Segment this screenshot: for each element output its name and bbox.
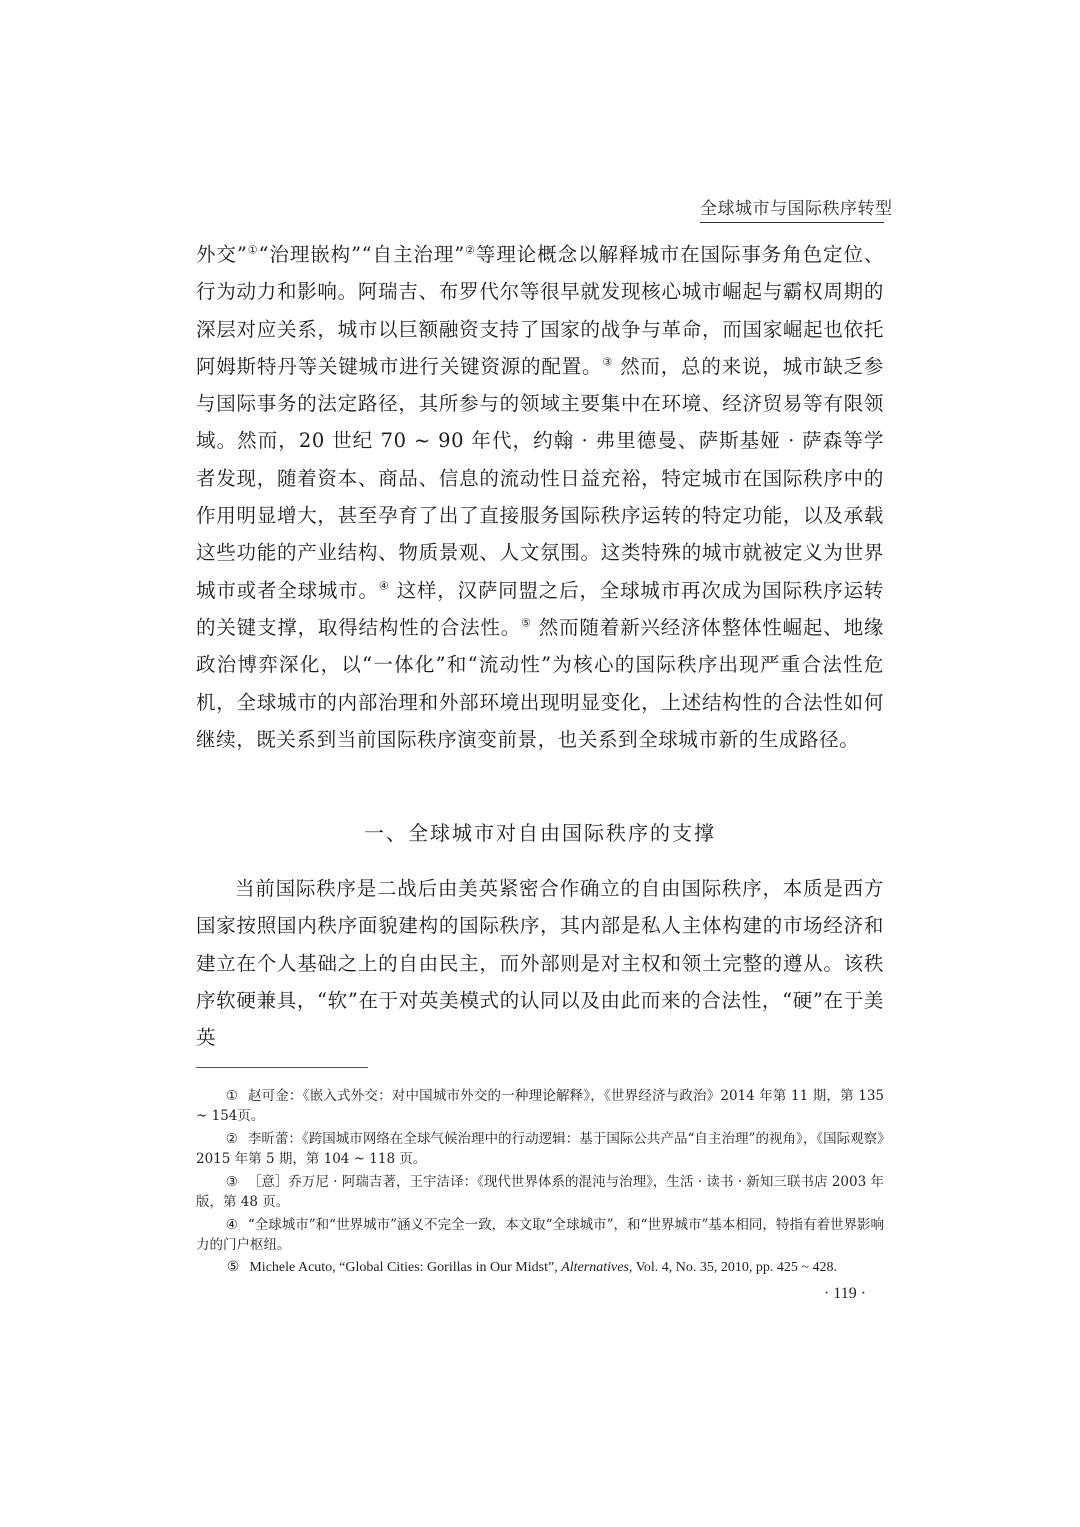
footnote-3: ③［意］乔万尼 · 阿瑞吉著，王宇洁译：《现代世界体系的混沌与治理》，生活 · …: [196, 1172, 884, 1212]
footnote-text: ［意］乔万尼 · 阿瑞吉著，王宇洁译：《现代世界体系的混沌与治理》，生活 · 读…: [196, 1174, 884, 1210]
footnote-number: ②: [226, 1131, 238, 1147]
journal-title: Alternatives: [561, 1260, 629, 1275]
text-segment: 然而，总的来说，城市缺乏参与国际事务的法定路径，其所参与的领域主要集中在环境、经…: [196, 355, 884, 602]
footnote-ref-4[interactable]: ④: [379, 579, 390, 592]
text-segment: 外交”: [196, 243, 247, 266]
footnote-divider: [196, 1067, 368, 1068]
text-segment: “治理嵌构”“自主治理”: [259, 243, 465, 266]
footnote-ref-2[interactable]: ②: [465, 244, 476, 257]
footnote-5: ⑤Michele Acuto, “Global Cities: Gorillas…: [196, 1258, 884, 1278]
footnote-text: Michele Acuto, “Global Cities: Gorillas …: [249, 1260, 561, 1275]
footnote-4: ④“全球城市”和“世界城市”涵义不完全一致，本文取“全球城市”，和“世界城市”基…: [196, 1215, 884, 1255]
running-head: 全球城市与国际秩序转型: [700, 198, 884, 223]
footnote-text: 赵可金：《嵌入式外交：对中国城市外交的一种理论解释》，《世界经济与政治》2014…: [196, 1088, 884, 1124]
paragraph-text: 当前国际秩序是二战后由美英紧密合作确立的自由国际秩序，本质是西方国家按照国内秩序…: [196, 870, 884, 1056]
document-page: 全球城市与国际秩序转型 外交”①“治理嵌构”“自主治理”②等理论概念以解释城市在…: [0, 0, 1080, 1527]
footnote-2: ②李昕蕾：《跨国城市网络在全球气候治理中的行动逻辑：基于国际公共产品“自主治理”…: [196, 1129, 884, 1169]
section-paragraph: 当前国际秩序是二战后由美英紧密合作确立的自由国际秩序，本质是西方国家按照国内秩序…: [196, 870, 884, 1056]
footnote-ref-5[interactable]: ⑤: [521, 616, 532, 629]
footnote-text: “全球城市”和“世界城市”涵义不完全一致，本文取“全球城市”，和“世界城市”基本…: [196, 1217, 884, 1253]
footnote-text: , Vol. 4, No. 35, 2010, pp. 425 ~ 428.: [629, 1260, 837, 1275]
footnote-number: ①: [226, 1088, 238, 1104]
footnote-number: ③: [226, 1174, 238, 1190]
footnote-number: ⑤: [227, 1260, 240, 1275]
footnote-ref-3[interactable]: ③: [602, 355, 613, 368]
footnote-text: 李昕蕾：《跨国城市网络在全球气候治理中的行动逻辑：基于国际公共产品“自主治理”的…: [196, 1131, 884, 1167]
footnotes: ①赵可金：《嵌入式外交：对中国城市外交的一种理论解释》，《世界经济与政治》201…: [196, 1086, 884, 1281]
footnote-number: ④: [226, 1217, 238, 1233]
footnote-ref-1[interactable]: ①: [247, 244, 258, 257]
footnote-1: ①赵可金：《嵌入式外交：对中国城市外交的一种理论解释》，《世界经济与政治》201…: [196, 1086, 884, 1126]
paragraph-text: 外交”①“治理嵌构”“自主治理”②等理论概念以解释城市在国际事务角色定位、行为动…: [196, 236, 884, 758]
section-heading: 一、全球城市对自由国际秩序的支撑: [196, 818, 884, 848]
page-number: · 119 ·: [800, 1285, 890, 1303]
intro-paragraph: 外交”①“治理嵌构”“自主治理”②等理论概念以解释城市在国际事务角色定位、行为动…: [196, 236, 884, 758]
